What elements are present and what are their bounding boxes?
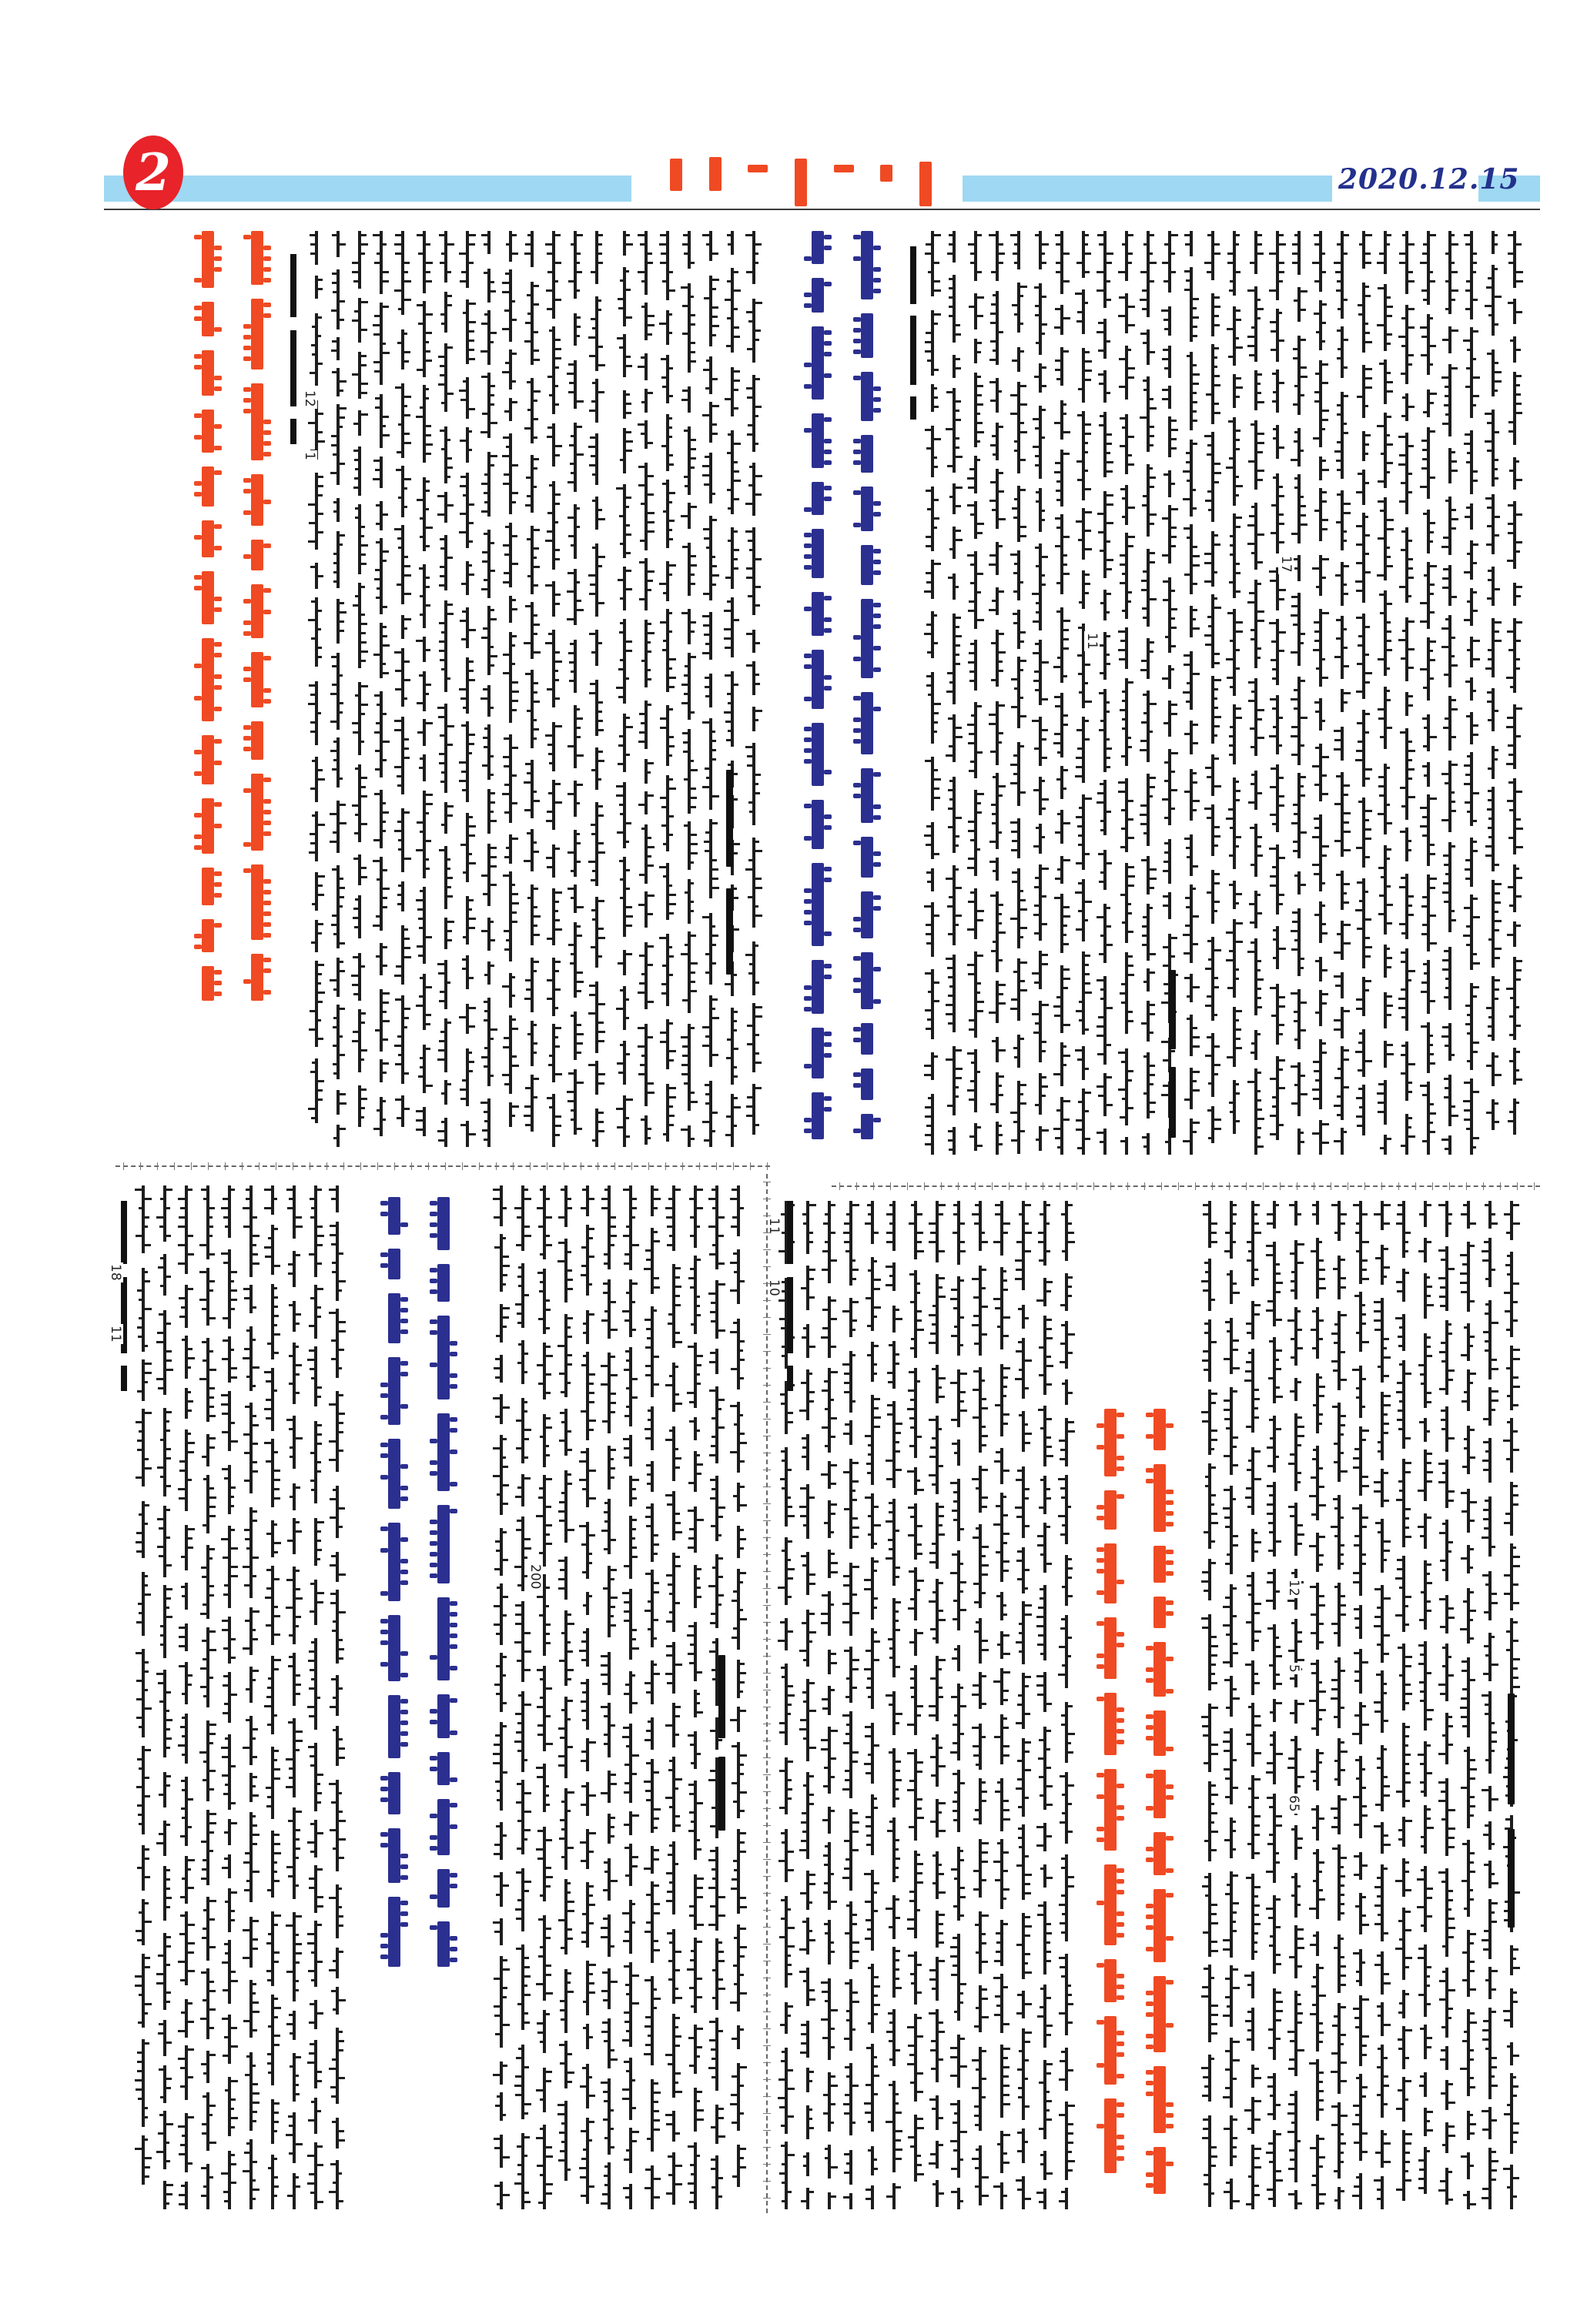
glyph-tick — [1405, 1462, 1411, 1464]
glyph-tick — [1355, 1051, 1362, 1053]
headline-glyph — [380, 1252, 388, 1257]
glyph-tick — [1059, 1646, 1065, 1648]
headline-word — [251, 774, 263, 851]
glyph-tick — [267, 1889, 271, 1891]
glyph-tick — [1492, 1322, 1498, 1324]
glyph-tick — [200, 1667, 206, 1670]
glyph-tick — [1020, 286, 1027, 288]
headline-glyph — [243, 409, 251, 413]
glyph-tick — [560, 1819, 564, 1821]
glyph-tick — [1341, 1866, 1344, 1868]
glyph-tick — [925, 1143, 931, 1145]
glyph-tick — [1485, 440, 1492, 443]
glyph-tick — [1445, 280, 1448, 283]
glyph-tick — [690, 1216, 694, 1219]
glyph-tick — [844, 1382, 849, 1384]
glyph-tick — [1470, 1961, 1475, 1963]
glyph-tick — [483, 737, 487, 739]
glyph-tick — [318, 335, 321, 337]
glyph-tick — [1337, 357, 1341, 359]
glyph-tick — [209, 1831, 214, 1834]
glyph-tick — [503, 1046, 509, 1048]
glyph-tick — [977, 422, 983, 424]
glyph-tick — [691, 797, 697, 799]
glyph-tick — [561, 1632, 564, 1634]
glyph-tick — [1473, 591, 1477, 594]
glyph-tick — [1485, 1824, 1488, 1827]
glyph-tick — [1356, 562, 1362, 564]
glyph-tick — [246, 1329, 249, 1332]
glyph-tick — [1061, 1975, 1065, 1978]
glyph-tick — [179, 1636, 185, 1638]
glyph-tick — [484, 1047, 487, 1049]
glyph-tick — [264, 1442, 271, 1444]
glyph-tick — [799, 1849, 806, 1851]
glyph-tick — [956, 505, 961, 507]
glyph-tick — [1405, 2152, 1410, 2154]
glyph-tick — [803, 2165, 806, 2167]
glyph-tick — [504, 309, 509, 312]
glyph-tick — [1384, 1844, 1391, 1846]
glyph-tick — [579, 2167, 586, 2169]
word-stroke — [358, 298, 361, 343]
word-stroke — [1230, 2038, 1233, 2108]
glyph-tick — [1271, 504, 1276, 507]
glyph-tick — [1427, 1610, 1431, 1612]
glyph-tick — [718, 2135, 725, 2138]
glyph-tick — [989, 841, 996, 843]
word-stroke — [1319, 1039, 1322, 1109]
glyph-tick — [138, 1603, 142, 1605]
article-top-right-byline — [1163, 970, 1183, 1147]
glyph-tick — [383, 672, 389, 674]
glyph-tick — [460, 1098, 466, 1100]
glyph-tick — [1384, 1973, 1389, 1975]
glyph-tick — [960, 1581, 966, 1583]
glyph-tick — [503, 1256, 509, 1258]
subhead-word — [121, 1366, 127, 1391]
glyph-tick — [136, 1621, 142, 1623]
glyph-tick — [317, 1461, 321, 1463]
glyph-tick — [317, 2110, 321, 2112]
glyph-tick — [734, 1020, 737, 1022]
glyph-tick — [545, 584, 552, 587]
glyph-tick — [1470, 1336, 1475, 1338]
glyph-tick — [781, 1832, 785, 1834]
glyph-tick — [1341, 1769, 1345, 1771]
glyph-tick — [1279, 280, 1283, 283]
glyph-tick — [960, 1782, 965, 1784]
glyph-tick — [1025, 1587, 1028, 1590]
glyph-tick — [1451, 262, 1455, 264]
glyph-tick — [404, 506, 407, 508]
glyph-tick — [1085, 973, 1090, 975]
glyph-tick — [1314, 784, 1319, 786]
glyph-tick — [1451, 910, 1455, 912]
glyph-tick — [1214, 347, 1219, 349]
glyph-tick — [1357, 1125, 1362, 1127]
glyph-tick — [711, 1417, 715, 1419]
glyph-tick — [310, 1071, 315, 1073]
glyph-tick — [604, 2100, 608, 2102]
glyph-tick — [1164, 851, 1168, 854]
word-stroke — [672, 1703, 675, 1747]
glyph-tick — [675, 1824, 681, 1827]
glyph-tick — [598, 556, 605, 558]
glyph-tick — [225, 1901, 228, 1903]
glyph-tick — [917, 1241, 922, 1243]
glyph-tick — [145, 1858, 149, 1860]
glyph-tick — [809, 1391, 815, 1393]
glyph-tick — [583, 1332, 586, 1334]
glyph-tick — [524, 1650, 531, 1653]
word-stroke — [564, 1185, 568, 1227]
glyph-tick — [1358, 473, 1362, 475]
glyph-tick — [561, 2122, 564, 2125]
glyph-tick — [534, 331, 538, 333]
glyph-tick — [231, 1422, 235, 1424]
glyph-tick — [934, 731, 937, 733]
glyph-tick — [375, 469, 380, 471]
glyph-tick — [909, 2054, 914, 2056]
headline-glyph — [450, 1777, 457, 1782]
glyph-tick — [1405, 2080, 1411, 2082]
glyph-tick — [310, 1755, 314, 1757]
glyph-tick — [755, 378, 760, 380]
glyph-tick — [973, 1888, 979, 1891]
word-stroke — [1319, 814, 1322, 891]
word-stroke — [1341, 871, 1344, 910]
glyph-tick — [1297, 2003, 1301, 2005]
glyph-tick — [1211, 1922, 1218, 1924]
glyph-tick — [1107, 757, 1110, 759]
glyph-tick — [1010, 413, 1017, 415]
glyph-tick — [1301, 831, 1307, 834]
glyph-tick — [939, 1941, 944, 1944]
glyph-tick — [1419, 1619, 1424, 1621]
glyph-tick — [231, 1802, 236, 1804]
glyph-tick — [181, 2011, 185, 2014]
glyph-tick — [740, 1280, 745, 1282]
glyph-tick — [375, 397, 380, 400]
headline-glyph — [450, 1509, 457, 1513]
glyph-tick — [1010, 1112, 1017, 1114]
glyph-tick — [1384, 1204, 1391, 1206]
glyph-tick — [647, 1473, 651, 1476]
glyph-tick — [1492, 1636, 1495, 1638]
glyph-tick — [733, 1495, 737, 1497]
glyph-tick — [1060, 1821, 1065, 1824]
word-stroke — [931, 902, 934, 957]
glyph-tick — [1223, 1939, 1230, 1941]
glyph-tick — [376, 722, 380, 724]
word-stroke — [293, 1567, 296, 1644]
glyph-tick — [494, 1844, 500, 1846]
word-stroke — [1316, 1964, 1319, 2051]
glyph-tick — [394, 766, 401, 768]
glyph-tick — [1397, 1213, 1402, 1216]
glyph-tick — [534, 1096, 537, 1098]
word-stroke — [1384, 284, 1387, 351]
word-stroke — [666, 414, 669, 471]
glyph-tick — [1503, 2168, 1510, 2170]
word-stroke — [1341, 326, 1344, 378]
glyph-tick — [568, 944, 574, 946]
word-stroke — [1381, 1519, 1384, 1573]
glyph-tick — [788, 1945, 795, 1948]
glyph-tick — [669, 677, 676, 679]
glyph-tick — [441, 323, 444, 325]
glyph-tick — [1448, 2102, 1455, 2104]
glyph-tick — [577, 234, 583, 236]
glyph-tick — [603, 1282, 608, 1285]
glyph-tick — [1401, 317, 1405, 319]
headline-glyph — [804, 533, 812, 537]
headline-glyph — [1166, 1893, 1174, 1898]
glyph-tick — [1338, 1068, 1341, 1070]
glyph-tick — [825, 2000, 828, 2002]
glyph-tick — [481, 874, 487, 877]
glyph-tick — [340, 602, 344, 604]
headline-glyph — [243, 677, 251, 682]
glyph-tick — [731, 1226, 737, 1228]
glyph-tick — [1016, 1787, 1022, 1790]
glyph-tick — [266, 1533, 271, 1535]
glyph-tick — [339, 1431, 343, 1433]
glyph-tick — [546, 1417, 551, 1419]
glyph-tick — [395, 688, 401, 691]
word-stroke — [1230, 1676, 1233, 1717]
glyph-tick — [589, 1973, 593, 1975]
glyph-tick — [1254, 1640, 1259, 1642]
word-stroke — [444, 426, 447, 483]
glyph-tick — [1143, 570, 1147, 573]
glyph-tick — [484, 974, 487, 976]
word-stroke — [849, 2150, 852, 2185]
glyph-tick — [939, 1619, 946, 1621]
glyph-tick — [491, 664, 494, 667]
headline-glyph — [1146, 1714, 1153, 1719]
glyph-tick — [231, 1919, 235, 1921]
glyph-tick — [1506, 1329, 1510, 1331]
glyph-tick — [525, 1087, 531, 1089]
word-stroke — [1065, 1321, 1068, 1369]
glyph-tick — [426, 1085, 433, 1087]
glyph-tick — [1186, 452, 1190, 454]
glyph-tick — [1301, 884, 1306, 886]
text-line — [1312, 231, 1329, 1155]
glyph-tick — [1079, 1001, 1082, 1003]
glyph-tick — [1387, 471, 1390, 473]
glyph-tick — [558, 1242, 564, 1244]
word-stroke — [1147, 691, 1150, 762]
headline-glyph — [263, 810, 271, 814]
glyph-tick — [266, 1696, 271, 1698]
headline-glyph — [263, 933, 271, 938]
glyph-tick — [1226, 818, 1233, 820]
headline-glyph — [380, 1415, 388, 1419]
glyph-tick — [1294, 939, 1297, 941]
glyph-tick — [1293, 804, 1297, 806]
word-stroke — [1316, 1660, 1319, 1736]
glyph-tick — [1230, 827, 1233, 829]
glyph-tick — [355, 694, 358, 697]
word-stroke — [688, 426, 691, 495]
glyph-tick — [1358, 1088, 1362, 1090]
headline-glyph — [873, 397, 881, 402]
headline-glyph — [873, 862, 881, 867]
glyph-tick — [524, 1838, 527, 1841]
glyph-tick — [373, 839, 380, 841]
glyph-tick — [1143, 389, 1147, 391]
glyph-tick — [917, 1232, 923, 1234]
headline-word — [1153, 1889, 1166, 1962]
glyph-tick — [1513, 2055, 1519, 2057]
glyph-tick — [340, 878, 343, 880]
glyph-tick — [404, 360, 409, 363]
glyph-tick — [1193, 1071, 1200, 1073]
headline-glyph — [1097, 1664, 1104, 1669]
glyph-tick — [1201, 1716, 1208, 1718]
glyph-tick — [514, 1207, 521, 1209]
glyph-tick — [317, 1433, 322, 1436]
glyph-tick — [1301, 794, 1305, 797]
glyph-tick — [1509, 1060, 1513, 1062]
glyph-tick — [581, 1451, 586, 1453]
glyph-tick — [517, 1820, 521, 1822]
headline-glyph — [263, 990, 271, 995]
word-stroke — [1190, 1068, 1193, 1109]
glyph-tick — [690, 1268, 694, 1270]
glyph-tick — [447, 613, 454, 615]
glyph-tick — [632, 1921, 635, 1924]
glyph-tick — [296, 1952, 302, 1955]
text-line — [724, 231, 741, 1147]
glyph-tick — [842, 1714, 849, 1717]
glyph-tick — [1227, 1884, 1230, 1886]
word-stroke — [1362, 977, 1365, 1016]
glyph-tick — [604, 1715, 608, 1717]
glyph-tick — [1202, 1627, 1208, 1629]
inline-number: 17 — [1278, 554, 1294, 574]
word-stroke — [785, 2048, 788, 2134]
word-stroke — [1341, 727, 1344, 761]
glyph-tick — [145, 1707, 152, 1710]
glyph-tick — [1398, 1336, 1402, 1338]
word-stroke — [957, 1847, 960, 1921]
glyph-tick — [1013, 754, 1017, 757]
glyph-tick — [577, 1033, 584, 1035]
glyph-tick — [361, 355, 367, 357]
glyph-tick — [956, 635, 962, 637]
word-stroke — [1211, 804, 1214, 856]
glyph-tick — [1276, 1954, 1281, 1956]
glyph-tick — [1025, 1713, 1030, 1715]
word-stroke — [953, 275, 956, 343]
glyph-tick — [1516, 658, 1520, 660]
glyph-tick — [1344, 692, 1351, 694]
glyph-tick — [1097, 916, 1103, 918]
glyph-tick — [201, 2195, 206, 2197]
glyph-tick — [1297, 1262, 1304, 1264]
word-stroke — [543, 1343, 546, 1399]
glyph-tick — [202, 2123, 206, 2125]
word-stroke — [651, 1660, 654, 1704]
glyph-tick — [354, 926, 358, 928]
glyph-tick — [179, 2153, 185, 2155]
glyph-tick — [311, 600, 315, 603]
word-stroke — [1233, 919, 1236, 998]
headline-glyph — [853, 794, 861, 798]
glyph-tick — [1420, 1700, 1424, 1702]
glyph-tick — [1427, 1430, 1430, 1433]
glyph-tick — [1445, 987, 1448, 989]
glyph-tick — [1171, 545, 1176, 547]
word-stroke — [737, 1924, 740, 2011]
word-stroke — [444, 1018, 447, 1072]
glyph-tick — [1384, 1276, 1387, 1278]
glyph-tick — [691, 314, 695, 316]
glyph-tick — [404, 928, 408, 931]
byline-word — [1169, 970, 1176, 1049]
glyph-tick — [1143, 243, 1147, 246]
glyph-tick — [1150, 477, 1156, 479]
headline-glyph — [430, 1756, 437, 1761]
glyph-tick — [1470, 1456, 1475, 1459]
glyph-tick — [733, 1801, 737, 1803]
glyph-tick — [1003, 1888, 1009, 1891]
glyph-tick — [1473, 470, 1478, 473]
glyph-tick — [1037, 1914, 1043, 1916]
glyph-tick — [1405, 1957, 1412, 1959]
glyph-tick — [825, 2157, 828, 2159]
glyph-tick — [1060, 1343, 1065, 1345]
word-stroke — [806, 1918, 809, 1955]
glyph-tick — [1365, 819, 1369, 821]
glyph-tick — [1056, 610, 1060, 613]
glyph-tick — [290, 1496, 293, 1498]
glyph-tick — [1374, 1310, 1381, 1312]
glyph-tick — [1025, 2141, 1028, 2143]
glyph-tick — [1171, 590, 1175, 592]
glyph-tick — [1297, 1381, 1301, 1383]
glyph-tick — [929, 1561, 936, 1563]
glyph-tick — [1504, 1593, 1510, 1595]
glyph-tick — [447, 886, 451, 888]
headline-glyph — [400, 1580, 408, 1585]
glyph-tick — [1267, 1213, 1273, 1216]
glyph-tick — [1356, 1008, 1362, 1010]
word-stroke — [1065, 1555, 1068, 1606]
glyph-tick — [1301, 505, 1306, 507]
glyph-tick — [746, 664, 752, 667]
glyph-tick — [374, 370, 380, 373]
word-stroke — [444, 231, 447, 283]
glyph-tick — [524, 2112, 528, 2115]
glyph-tick — [1341, 1984, 1346, 1986]
glyph-tick — [845, 1696, 849, 1698]
glyph-tick — [989, 1012, 996, 1014]
glyph-tick — [577, 1082, 584, 1084]
headline-glyph — [873, 267, 881, 272]
glyph-tick — [549, 1106, 552, 1108]
glyph-tick — [1427, 1241, 1431, 1243]
glyph-tick — [1042, 1050, 1046, 1052]
glyph-tick — [1010, 764, 1017, 766]
glyph-tick — [333, 1847, 336, 1850]
glyph-tick — [1398, 1480, 1402, 1483]
glyph-tick — [1211, 2023, 1217, 2025]
